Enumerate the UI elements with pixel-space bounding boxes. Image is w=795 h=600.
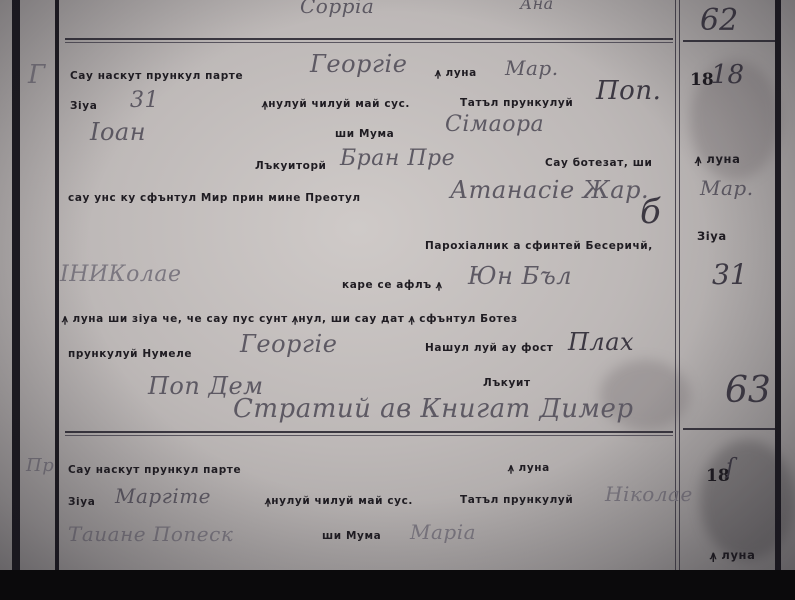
- form-father-label: Татъл прункулуй: [460, 97, 573, 109]
- page-number-top: 62: [700, 3, 738, 38]
- side-day-label: Зіуа: [697, 229, 727, 243]
- form-line-born: Сау наскут прункул парте: [70, 70, 243, 82]
- entry-divider: [65, 431, 673, 433]
- form-month-label-2: ꙟ луна: [508, 461, 550, 475]
- inner-left-border: [55, 0, 59, 570]
- side-divider: [683, 428, 775, 430]
- form-baptized-text: Сау ботезат, ши: [545, 157, 652, 169]
- form-mother-label: ши Мума: [335, 128, 394, 140]
- form-line-born-2: Сау наскут прункул парте: [68, 464, 241, 476]
- form-parish-text: Парохіалник а сфинтей Бесеричй,: [425, 240, 653, 252]
- handwritten-residence: Бран Пре: [340, 146, 455, 171]
- side-year-handwritten-2: ſ: [726, 455, 734, 480]
- entry-divider: [65, 435, 673, 436]
- side-year-handwritten: 18: [711, 60, 744, 90]
- handwritten-signature: Стратий ав Книгат Димер: [233, 394, 634, 424]
- handwritten-godparent: Плах: [568, 328, 634, 356]
- handwritten-father-2: Ніколае: [605, 482, 693, 506]
- left-margin-note: Г: [28, 60, 46, 90]
- form-father-label-2: Татъл прункулуй: [460, 494, 573, 506]
- entry-divider: [65, 42, 673, 43]
- handwritten-priest: Атанасіе Жар.: [450, 176, 649, 204]
- outer-left-border: [12, 0, 20, 570]
- handwritten-child-name: Георгіе: [240, 330, 337, 358]
- handwritten-sex: Георгіе: [310, 50, 407, 78]
- left-margin-note-2: Пр: [26, 455, 54, 476]
- handwritten-location: Юн Бъл: [468, 262, 572, 290]
- outer-right-border: [775, 0, 781, 570]
- handwritten-month: Мар.: [505, 56, 559, 80]
- form-located-text: каре се афлъ ꙟ: [342, 278, 442, 292]
- handwritten-day-2: Маргіте: [115, 484, 211, 508]
- form-resided-label: Лъкуит: [483, 377, 531, 389]
- top-fragment-left: Сорріа: [300, 0, 374, 18]
- entry-divider: [65, 38, 673, 40]
- photo-bottom-edge: [0, 570, 795, 600]
- side-divider: [683, 40, 775, 42]
- register-page: Сорріа Ана 62 Г Сау наскут прункул парте…: [0, 0, 795, 570]
- form-child-name-label: прункулуй Нумеле: [68, 348, 192, 360]
- form-residents-label: Лъкуиторй: [255, 160, 327, 172]
- form-month-label: ꙟ луна: [435, 66, 477, 80]
- form-day-label: Зіуа: [70, 100, 97, 112]
- side-day-value: 31: [712, 258, 748, 291]
- handwritten-father: Поп.: [596, 76, 661, 106]
- side-month-label: ꙟ луна: [695, 152, 740, 167]
- form-date-text: ꙟ луна ши зіуа че, че сау пус сунт ꙟнул,…: [62, 312, 518, 326]
- form-year-text-2: ꙟнулуй чилуй май сус.: [265, 494, 413, 508]
- handwritten-mother-2: Маріа: [410, 520, 476, 544]
- side-month-value: Мар.: [700, 176, 754, 200]
- handwritten-flourish: б: [640, 192, 661, 232]
- handwritten-margin-name: Іоан: [90, 118, 146, 146]
- form-godparent-label: Нашул луй ау фост: [425, 342, 554, 354]
- side-month-label-2: ꙟ луна: [710, 548, 755, 563]
- top-fragment-right: Ана: [520, 0, 554, 13]
- form-anointed-text: сау унс ку сфънтул Мир прин мине Преотул: [68, 192, 361, 204]
- handwritten-mother: Сімаора: [445, 112, 544, 137]
- handwritten-margin-name-2: Таиане Попеск: [68, 522, 233, 546]
- form-year-text: ꙟнулуй чилуй май сус.: [262, 97, 410, 111]
- handwritten-day: 31: [130, 88, 159, 113]
- form-day-label-2: Зіуа: [68, 496, 95, 508]
- page-number-bottom: 63: [725, 370, 771, 411]
- form-mother-label-2: ши Мума: [322, 530, 381, 542]
- handwritten-parish-note: ІНИКолае: [60, 262, 181, 287]
